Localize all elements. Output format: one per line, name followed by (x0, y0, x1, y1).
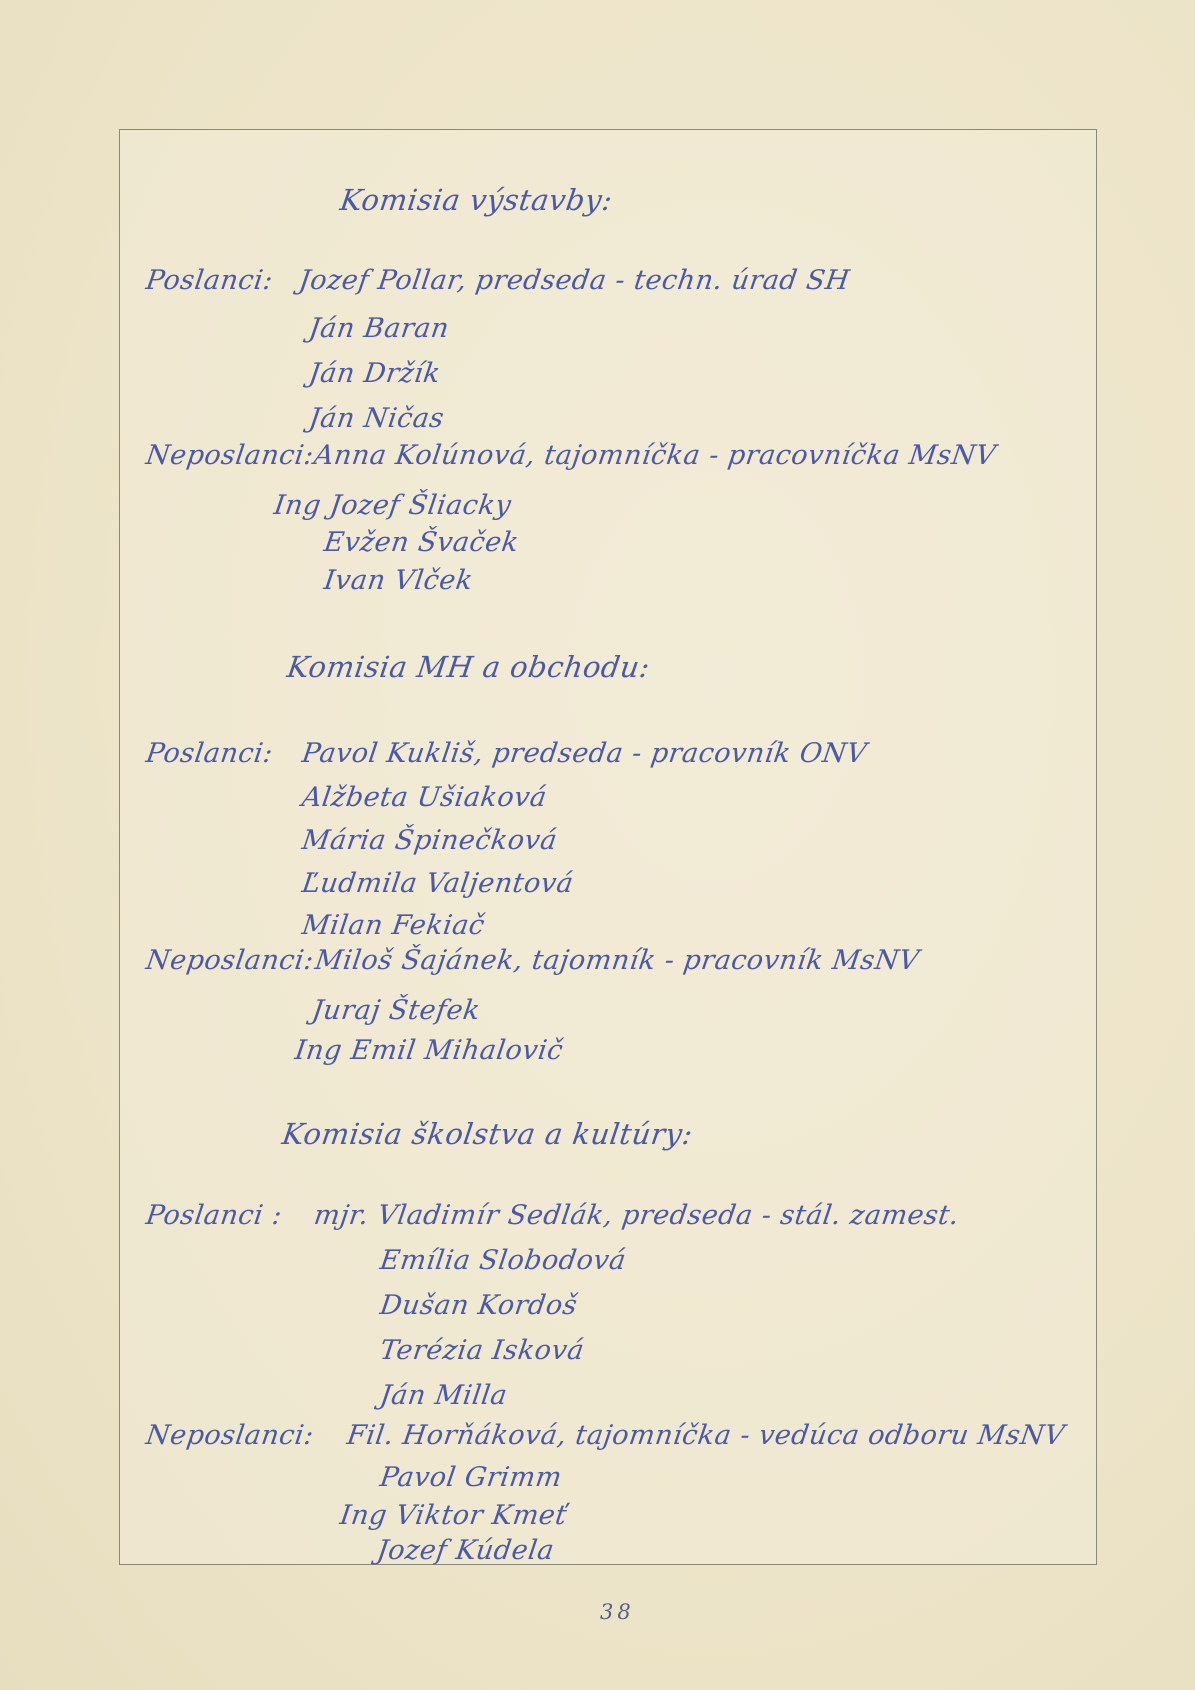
member-entry: Ján Držík (307, 358, 443, 389)
member-entry: Fil. Horňáková, tajomníčka - vedúca odbo… (345, 1420, 1067, 1451)
poslanci-label: Poslanci: (144, 265, 275, 296)
member-entry: Pavol Grimm (378, 1462, 564, 1493)
member-entry: Pavol Kukliš, predseda - pracovník ONV (300, 738, 869, 769)
member-entry: Terézia Isková (378, 1335, 586, 1366)
neposlanci-label: Neposlanci: (144, 440, 316, 471)
member-entry: Ing Emil Mihalovič (293, 1035, 565, 1066)
member-entry: Milan Fekiač (300, 910, 487, 941)
member-entry: Juraj Štefek (310, 995, 482, 1026)
member-entry: Ján Milla (378, 1380, 509, 1411)
section-heading-mh-obchodu: Komisia MH a obchodu: (285, 650, 652, 684)
section-heading-vystavby: Komisia výstavby: (338, 183, 615, 217)
member-entry: Evžen Švaček (322, 527, 521, 558)
poslanci-label: Poslanci : (144, 1200, 284, 1231)
member-entry: Ing Jozef Šliacky (272, 490, 513, 521)
neposlanci-label: Neposlanci: (144, 1420, 316, 1451)
member-entry: Ján Baran (307, 313, 451, 344)
member-entry: Ing Viktor Kmeť (338, 1500, 569, 1531)
member-entry: Jozef Kúdela (375, 1535, 556, 1566)
neposlanci-label: Neposlanci: (144, 945, 316, 976)
member-entry: mjr. Vladimír Sedlák, predseda - stál. z… (312, 1200, 961, 1231)
page-border-frame (119, 129, 1097, 1565)
member-entry: Jozef Pollar, predseda - techn. úrad SH (297, 265, 852, 296)
member-entry: Alžbeta Ušiaková (300, 782, 549, 813)
member-entry: Anna Kolúnová, tajomníčka - pracovníčka … (312, 440, 998, 471)
member-entry: Mária Špinečková (300, 825, 559, 856)
member-entry: Miloš Šajánek, tajomník - pracovník MsNV (313, 945, 921, 976)
member-entry: Ján Ničas (307, 403, 446, 434)
member-entry: Emília Slobodová (378, 1245, 628, 1276)
poslanci-label: Poslanci: (144, 738, 275, 769)
member-entry: Dušan Kordoš (378, 1290, 579, 1321)
member-entry: Ľudmila Valjentová (300, 868, 575, 899)
member-entry: Ivan Vlček (322, 565, 475, 596)
page-number: 38 (600, 1600, 635, 1624)
section-heading-skolstva-kultury: Komisia školstva a kultúry: (280, 1117, 695, 1151)
